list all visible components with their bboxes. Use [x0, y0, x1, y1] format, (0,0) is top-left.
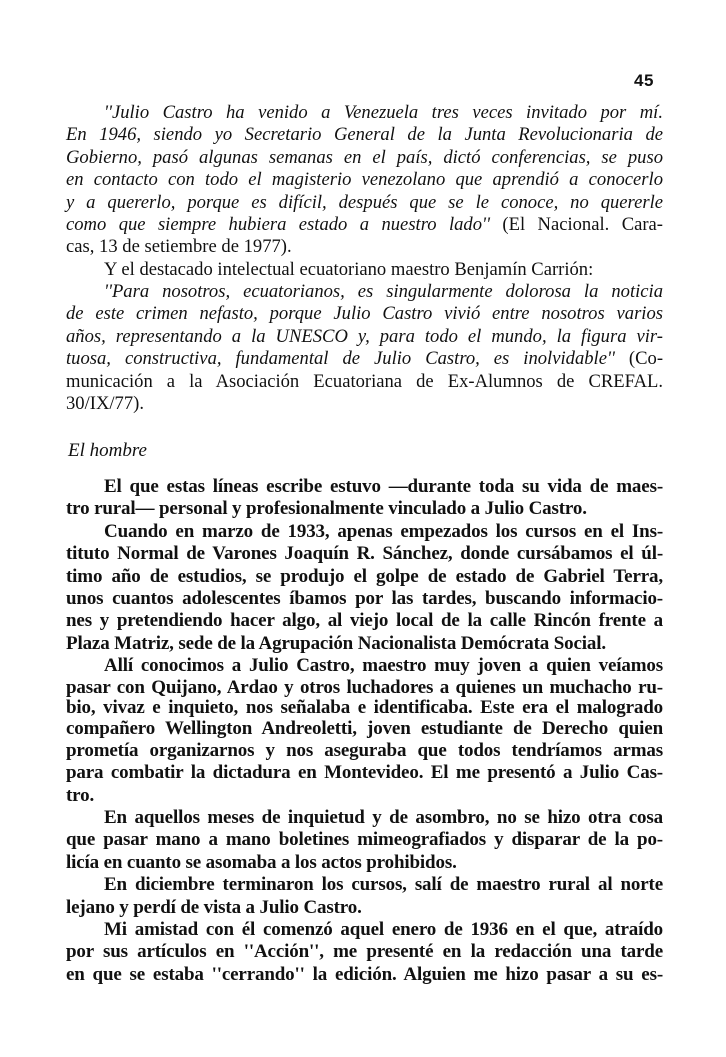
text-line: municación a la Asociación Ecuatoriana d… [66, 371, 663, 393]
text-line: que pasar mano a mano boletines mimeogra… [66, 829, 663, 851]
text-line: en que se estaba ''cerrando'' la edición… [66, 964, 663, 986]
text-line: lejano y perdí de vista a Julio Castro. [66, 897, 663, 919]
text-line: licía en cuanto se asomaba a los actos p… [66, 852, 663, 874]
intro-carrion: Y el destacado intelectual ecuatoriano m… [66, 259, 663, 281]
text-line: para combatir la dictadura en Montevideo… [66, 762, 663, 784]
text-line: como que siempre hubiera estado a nuestr… [66, 214, 663, 236]
text-line: timo año de estudios, se produjo el golp… [66, 566, 663, 588]
text-line: Mi amistad con él comenzó aquel enero de… [66, 919, 663, 941]
text-line: ''Para nosotros, ecuatorianos, es singul… [66, 281, 663, 303]
text-line: compañero Wellington Andreoletti, joven … [66, 718, 663, 740]
section-heading: El hombre [68, 440, 147, 462]
text-line: nes y pretendiendo hacer algo, al viejo … [66, 610, 663, 632]
text-line: En diciembre terminaron los cursos, salí… [66, 874, 663, 896]
text-line: ''Julio Castro ha venido a Venezuela tre… [66, 102, 663, 124]
quote-ecuador: ''Para nosotros, ecuatorianos, es singul… [66, 281, 663, 415]
text-line: tuosa, constructiva, fundamental de Juli… [66, 348, 663, 370]
text-line: bio, vivaz e inquieto, nos señalaba e id… [66, 698, 663, 718]
text-line: pasar con Quijano, Ardao y otros luchado… [66, 678, 663, 698]
text-line: por sus artículos en ''Acción'', me pres… [66, 941, 663, 963]
text-line: tro. [66, 785, 663, 807]
text-line: El que estas líneas escribe estuvo —dura… [66, 476, 663, 498]
text-line: tituto Normal de Varones Joaquín R. Sánc… [66, 543, 663, 565]
text-line: tro rural— personal y profesionalmente v… [66, 498, 663, 520]
text-line: Gobierno, pasó algunas semanas en el paí… [66, 147, 663, 169]
quote-venezuela: ''Julio Castro ha venido a Venezuela tre… [66, 102, 663, 281]
text-line: Cuando en marzo de 1933, apenas empezado… [66, 521, 663, 543]
page-number: 45 [634, 71, 654, 91]
text-line: en contacto con todo el magisterio venez… [66, 169, 663, 191]
text-line: unos cuantos adolescentes íbamos por las… [66, 588, 663, 610]
text-line: Allí conocimos a Julio Castro, maestro m… [66, 655, 663, 677]
body-text: El que estas líneas escribe estuvo —dura… [66, 476, 663, 986]
text-line: En aquellos meses de inquietud y de asom… [66, 807, 663, 829]
text-line: cas, 13 de setiembre de 1977). [66, 236, 663, 258]
text-line: En 1946, siendo yo Secretario General de… [66, 124, 663, 146]
text-line: Plaza Matriz, sede de la Agrupación Naci… [66, 633, 663, 655]
text-line: de este crimen nefasto, porque Julio Cas… [66, 303, 663, 325]
text-line: prometía organizarnos y nos aseguraba qu… [66, 740, 663, 762]
text-line: 30/IX/77). [66, 393, 663, 415]
text-line: y a quererlo, porque es difícil, después… [66, 192, 663, 214]
text-line: años, representando a la UNESCO y, para … [66, 326, 663, 348]
